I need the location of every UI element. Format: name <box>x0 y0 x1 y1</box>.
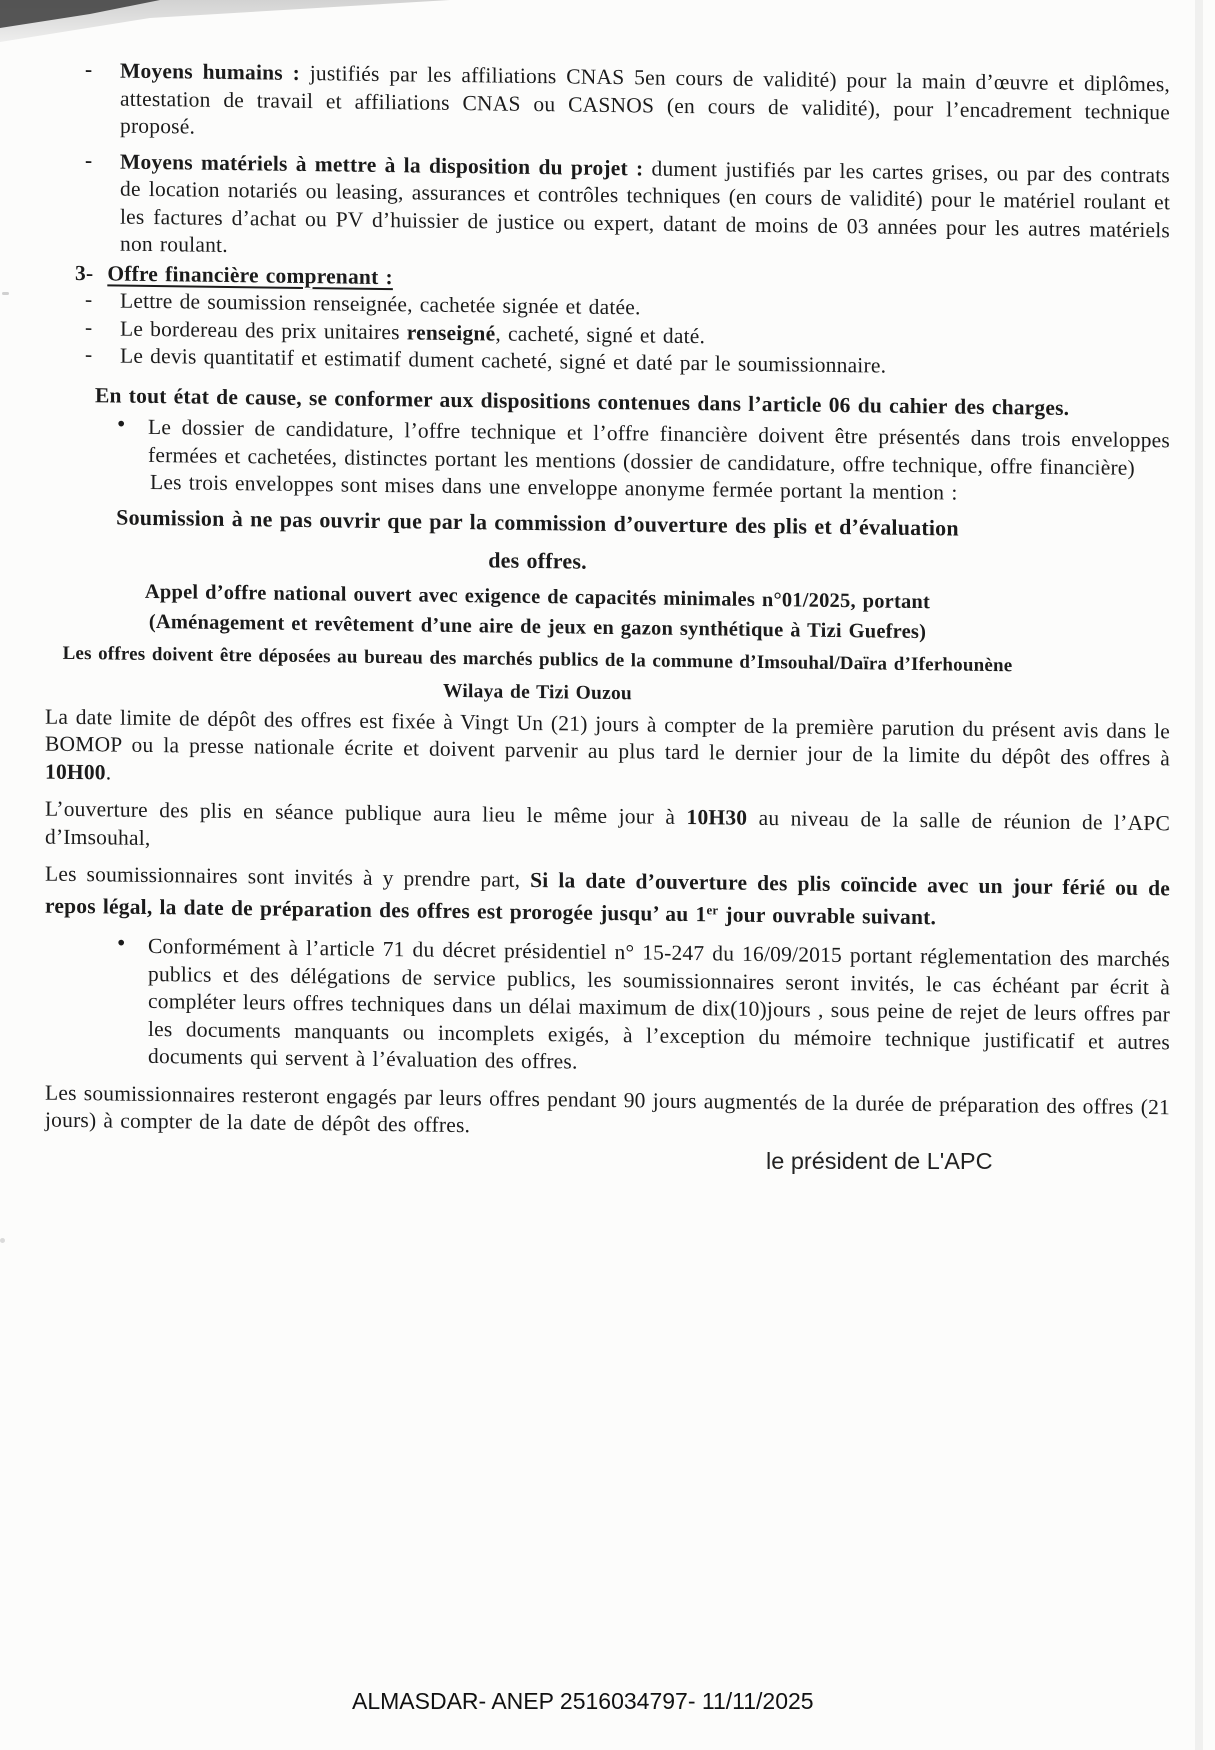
attendance-text: Les soumissionnaires sont invités à y pr… <box>45 862 530 892</box>
deadline-paragraph: La date limite de dépôt des offres est f… <box>45 703 1170 800</box>
attendance-paragraph: Les soumissionnaires sont invités à y pr… <box>45 861 1170 935</box>
scan-right-edge-artifact <box>1195 0 1203 1750</box>
financial-offer-item-2-pre: Le bordereau des prix unitaires <box>120 316 407 344</box>
scanned-tender-document-page: - Moyens humains : justifiés par les aff… <box>0 0 1215 1750</box>
bullet-marker: • <box>117 931 126 959</box>
envelope-instruction-text: Le dossier de candidature, l’offre techn… <box>148 415 1170 479</box>
deadline-end: . <box>106 760 112 784</box>
anep-footer-reference: ALMASDAR- ANEP 2516034797- 11/11/2025 <box>352 1688 814 1715</box>
bullet-marker: • <box>117 412 126 440</box>
requirement-human-resources: - Moyens humains : justifiés par les aff… <box>85 57 1170 154</box>
dash-marker: - <box>85 341 92 369</box>
section-title: Offre financière comprenant : <box>107 261 393 289</box>
financial-offer-item-2-post: , cacheté, signé et daté. <box>495 321 705 348</box>
attendance-bold-end: jour ouvrable suivant. <box>718 902 936 929</box>
deadline-time: 10H00 <box>45 759 106 784</box>
engagement-paragraph: Les soumissionnaires resteront engagés p… <box>45 1079 1170 1149</box>
decree-text: Conformément à l’article 71 du décret pr… <box>148 934 1170 1074</box>
dash-marker: - <box>85 147 92 175</box>
deadline-text: La date limite de dépôt des offres est f… <box>45 704 1170 770</box>
dash-marker: - <box>85 286 92 314</box>
financial-offer-item-2-bold: renseigné <box>407 320 496 345</box>
requirement-material-resources: - Moyens matériels à mettre à la disposi… <box>85 148 1170 272</box>
ordinal-superscript: er <box>706 903 718 917</box>
financial-offer-item-1-text: Lettre de soumission renseignée, cacheté… <box>120 289 641 320</box>
scan-speck <box>0 1238 5 1243</box>
dash-marker: - <box>85 314 92 342</box>
opening-text: L’ouverture des plis en séance publique … <box>45 797 687 829</box>
opening-paragraph: L’ouverture des plis en séance publique … <box>45 796 1170 866</box>
opening-time: 10H30 <box>687 805 748 830</box>
section-number: 3- <box>75 260 93 284</box>
dash-marker: - <box>85 56 92 84</box>
requirement-human-label: Moyens humains : <box>120 59 300 85</box>
president-signature-line: le président de L'APC <box>766 1148 993 1175</box>
document-body: - Moyens humains : justifiés par les aff… <box>0 44 1170 1149</box>
requirement-material-label: Moyens matériels à mettre à la dispositi… <box>120 149 643 180</box>
decree-bullet: • Conformément à l’article 71 du décret … <box>115 933 1170 1084</box>
